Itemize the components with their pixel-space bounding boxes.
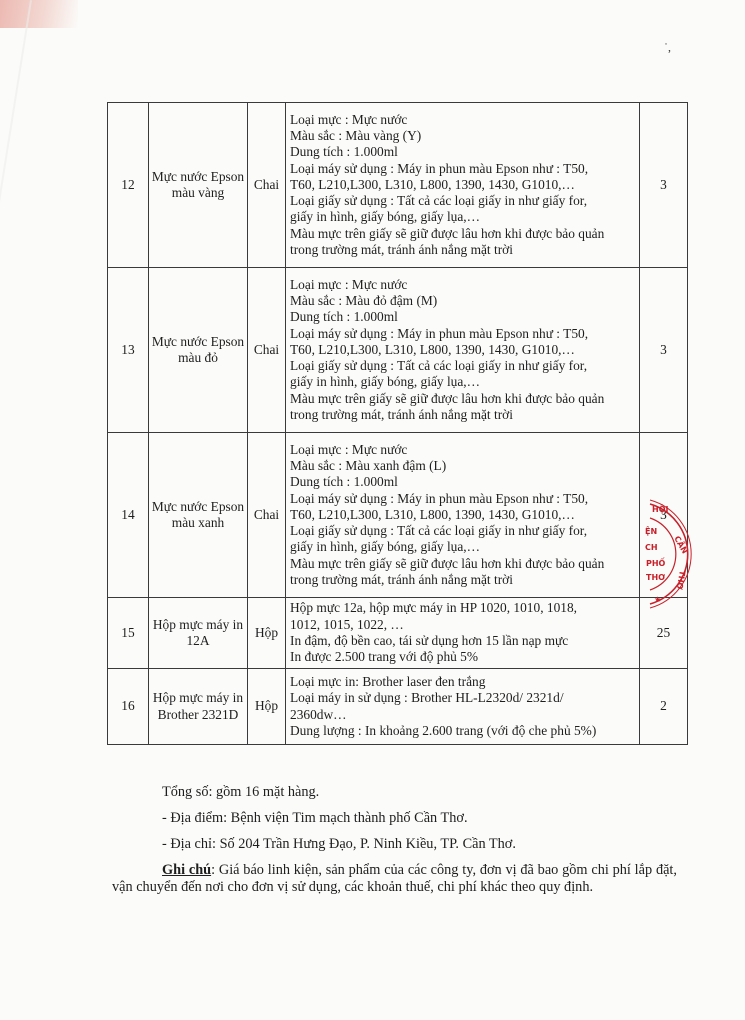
spec-line: T60, L210,L300, L310, L800, 1390, 1430, … [290, 177, 637, 193]
quantity: 3 [640, 103, 688, 268]
spec-line: trong trường mát, tránh ánh nắng mặt trờ… [290, 407, 637, 423]
spec-line: Màu sắc : Màu xanh đậm (L) [290, 458, 637, 474]
spec-line: T60, L210,L300, L310, L800, 1390, 1430, … [290, 507, 637, 523]
spec-line: In được 2.500 trang với độ phủ 5% [290, 649, 637, 665]
specification: Loại mực : Mực nướcMàu sắc : Màu đỏ đậm … [286, 268, 640, 433]
spec-line: giấy in hình, giấy bóng, giấy lụa,… [290, 374, 637, 390]
spec-line: 2360dw… [290, 707, 637, 723]
product-table: 12Mực nước Epson màu vàngChaiLoại mực : … [107, 102, 688, 745]
quantity: 3 [640, 433, 688, 598]
spec-line: Dung tích : 1.000ml [290, 474, 637, 490]
row-number: 13 [108, 268, 149, 433]
spec-line: Loại giấy sử dụng : Tất cả các loại giấy… [290, 193, 637, 209]
note: Ghi chú: Giá báo linh kiện, sản phẩm của… [112, 862, 677, 896]
table-row: 14Mực nước Epson màu xanhChaiLoại mực : … [108, 433, 688, 598]
spec-line: In đậm, độ bền cao, tái sử dụng hơn 15 l… [290, 633, 637, 649]
address: - Địa chỉ: Số 204 Trần Hưng Đạo, P. Ninh… [112, 836, 677, 853]
row-number: 16 [108, 669, 149, 745]
spec-line: Màu sắc : Màu vàng (Y) [290, 128, 637, 144]
spec-line: T60, L210,L300, L310, L800, 1390, 1430, … [290, 342, 637, 358]
spec-line: Màu sắc : Màu đỏ đậm (M) [290, 293, 637, 309]
note-label: Ghi chú [162, 862, 211, 878]
spec-line: Dung lượng : In khoảng 2.600 trang (với … [290, 723, 637, 739]
spec-line: Loại mực in: Brother laser đen trắng [290, 674, 637, 690]
spec-line: Hộp mực 12a, hộp mực máy in HP 1020, 101… [290, 600, 637, 616]
spec-line: trong trường mát, tránh ánh nắng mặt trờ… [290, 242, 637, 258]
spec-line: Loại máy sử dụng : Máy in phun màu Epson… [290, 326, 637, 342]
unit: Chai [248, 268, 286, 433]
spec-line: Loại mực : Mực nước [290, 277, 637, 293]
product-name: Hộp mực máy in 12A [149, 598, 248, 669]
product-name: Hộp mực máy in Brother 2321D [149, 669, 248, 745]
spec-line: Loại giấy sử dụng : Tất cả các loại giấy… [290, 523, 637, 539]
spec-line: giấy in hình, giấy bóng, giấy lụa,… [290, 539, 637, 555]
spec-line: Loại giấy sử dụng : Tất cả các loại giấy… [290, 358, 637, 374]
table-row: 16Hộp mực máy in Brother 2321DHộpLoại mự… [108, 669, 688, 745]
unit: Hộp [248, 669, 286, 745]
specification: Loại mực : Mực nướcMàu sắc : Màu xanh đậ… [286, 433, 640, 598]
spec-line: Màu mực trên giấy sẽ giữ được lâu hơn kh… [290, 556, 637, 572]
spec-line: Dung tích : 1.000ml [290, 144, 637, 160]
document-footer: Tổng số: gồm 16 mặt hàng. - Địa điểm: Bệ… [112, 784, 677, 905]
product-name: Mực nước Epson màu vàng [149, 103, 248, 268]
spec-line: Dung tích : 1.000ml [290, 309, 637, 325]
row-number: 12 [108, 103, 149, 268]
spec-line: Loại máy sử dụng : Máy in phun màu Epson… [290, 161, 637, 177]
spec-line: Loại mực : Mực nước [290, 442, 637, 458]
specification: Hộp mực 12a, hộp mực máy in HP 1020, 101… [286, 598, 640, 669]
quantity: 3 [640, 268, 688, 433]
spec-line: Màu mực trên giấy sẽ giữ được lâu hơn kh… [290, 226, 637, 242]
table-row: 12Mực nước Epson màu vàngChaiLoại mực : … [108, 103, 688, 268]
spec-line: Màu mực trên giấy sẽ giữ được lâu hơn kh… [290, 391, 637, 407]
quantity: 25 [640, 598, 688, 669]
product-name: Mực nước Epson màu xanh [149, 433, 248, 598]
spec-line: Loại máy in sử dụng : Brother HL-L2320d/… [290, 690, 637, 706]
spec-line: giấy in hình, giấy bóng, giấy lụa,… [290, 209, 637, 225]
specification: Loại mực : Mực nướcMàu sắc : Màu vàng (Y… [286, 103, 640, 268]
product-name: Mực nước Epson màu đỏ [149, 268, 248, 433]
red-corner-mark [0, 0, 78, 28]
row-number: 15 [108, 598, 149, 669]
unit: Chai [248, 103, 286, 268]
paper-fold-line [0, 0, 32, 1008]
spec-line: Loại máy sử dụng : Máy in phun màu Epson… [290, 491, 637, 507]
total-items: Tổng số: gồm 16 mặt hàng. [112, 784, 677, 801]
spec-line: trong trường mát, tránh ánh nắng mặt trờ… [290, 572, 637, 588]
scan-speck: ˙, [664, 40, 671, 55]
unit: Hộp [248, 598, 286, 669]
unit: Chai [248, 433, 286, 598]
specification: Loại mực in: Brother laser đen trắngLoại… [286, 669, 640, 745]
table-row: 15Hộp mực máy in 12AHộpHộp mực 12a, hộp … [108, 598, 688, 669]
table-row: 13Mực nước Epson màu đỏChaiLoại mực : Mự… [108, 268, 688, 433]
location: - Địa điểm: Bệnh viện Tim mạch thành phố… [112, 810, 677, 827]
spec-line: 1012, 1015, 1022, … [290, 617, 637, 633]
spec-line: Loại mực : Mực nước [290, 112, 637, 128]
row-number: 14 [108, 433, 149, 598]
quantity: 2 [640, 669, 688, 745]
